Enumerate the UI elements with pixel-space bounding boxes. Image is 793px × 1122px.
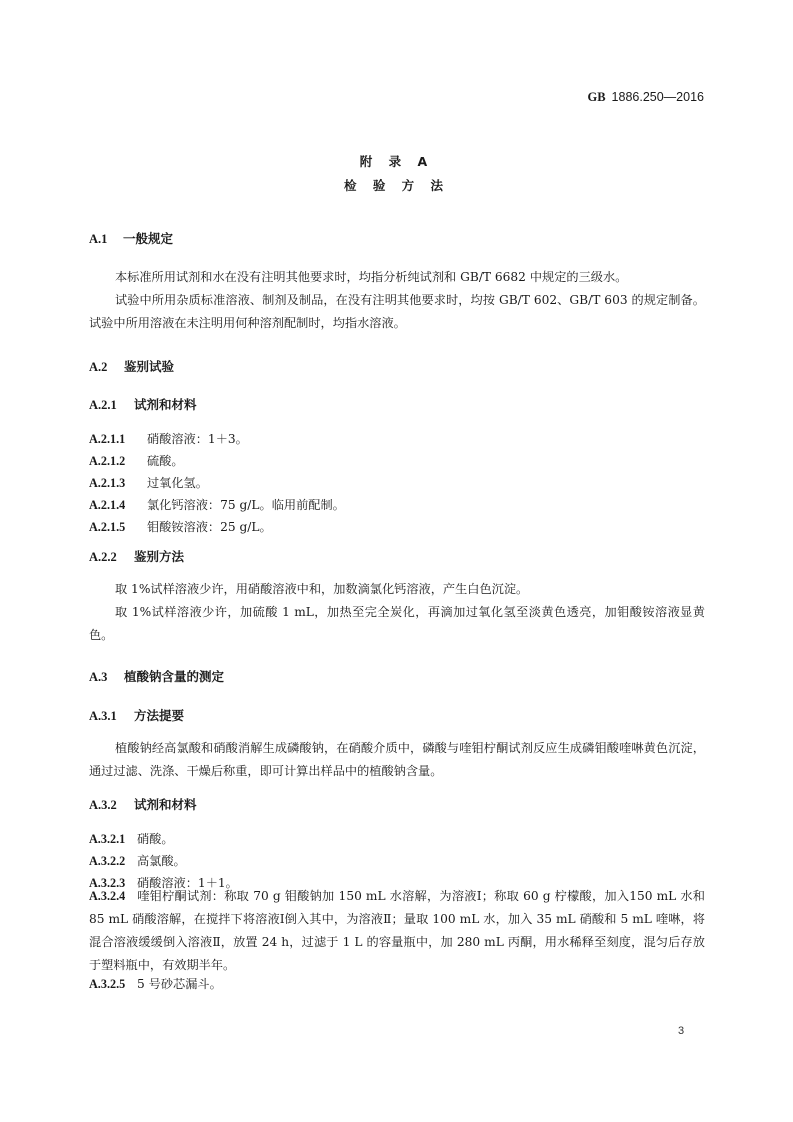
section-title: 鉴别方法 (134, 549, 184, 564)
section-number: A.2 (89, 360, 124, 375)
item-number: A.3.2.4 (89, 885, 137, 908)
list-item-long: A.3.2.4喹钼柠酮试剂：称取 70 g 钼酸钠加 150 mL 水溶解，为溶… (89, 885, 705, 977)
section-title: 试剂和材料 (134, 797, 197, 812)
section-title: 鉴别试验 (124, 359, 174, 374)
section-title: 方法提要 (134, 708, 184, 723)
item-number: A.2.1.1 (89, 432, 147, 447)
section-heading-a21: A.2.1试剂和材料 (89, 395, 197, 413)
item-number: A.2.1.3 (89, 476, 147, 491)
appendix-title: 检 验 方 法 (0, 176, 793, 194)
list-item: A.2.1.4氯化钙溶液：75 g/L。临用前配制。 (89, 496, 345, 513)
section-heading-a32: A.3.2试剂和材料 (89, 795, 197, 813)
standard-prefix: GB (587, 90, 605, 104)
section-number: A.2.1 (89, 398, 134, 413)
item-text: 5 号砂芯漏斗。 (137, 977, 222, 991)
appendix-label: 附 录 A (0, 152, 793, 170)
item-number: A.2.1.4 (89, 498, 147, 513)
item-text: 过氧化氢。 (147, 476, 208, 490)
section-number: A.3 (89, 670, 124, 685)
item-text: 高氯酸。 (137, 854, 186, 868)
section-number: A.3.2 (89, 798, 134, 813)
section-title: 一般规定 (123, 231, 173, 246)
item-text: 硫酸。 (147, 454, 184, 468)
section-number: A.3.1 (89, 709, 134, 724)
section-number: A.1 (89, 232, 123, 247)
item-number: A.3.2.1 (89, 832, 137, 847)
page-number: 3 (678, 1025, 684, 1037)
section-title: 试剂和材料 (134, 397, 197, 412)
paragraph: 试验中所用杂质标准溶液、制剂及制品，在没有注明其他要求时，均按 GB/T 602… (89, 289, 705, 335)
item-text: 钼酸铵溶液：25 g/L。 (147, 520, 272, 534)
paragraph: 取 1%试样溶液少许，加硫酸 1 mL，加热至完全炭化，再滴加过氧化氢至淡黄色透… (89, 601, 705, 647)
section-heading-a1: A.1一般规定 (89, 229, 173, 247)
section-heading-a2: A.2鉴别试验 (89, 357, 174, 375)
item-text: 硝酸溶液：1＋3。 (147, 432, 248, 446)
paragraph: 取 1%试样溶液少许，用硝酸溶液中和，加数滴氯化钙溶液，产生白色沉淀。 (89, 578, 705, 601)
item-text: 硝酸。 (137, 832, 174, 846)
section-title: 植酸钠含量的测定 (124, 669, 224, 684)
list-item: A.3.2.2高氯酸。 (89, 852, 186, 869)
section-heading-a3: A.3植酸钠含量的测定 (89, 667, 224, 685)
list-item: A.2.1.3过氧化氢。 (89, 474, 208, 491)
item-text: 喹钼柠酮试剂：称取 70 g 钼酸钠加 150 mL 水溶解，为溶液Ⅰ；称取 6… (89, 889, 705, 972)
list-item: A.2.1.2硫酸。 (89, 452, 184, 469)
standard-code: GB1886.250—2016 (587, 90, 704, 105)
paragraph: 植酸钠经高氯酸和硝酸消解生成磷酸钠，在硝酸介质中，磷酸与喹钼柠酮试剂反应生成磷钼… (89, 737, 705, 783)
standard-number: 1886.250—2016 (612, 90, 704, 104)
list-item: A.3.2.1硝酸。 (89, 830, 174, 847)
item-number: A.2.1.5 (89, 520, 147, 535)
list-item: A.3.2.55 号砂芯漏斗。 (89, 975, 222, 992)
paragraph: 本标准所用试剂和水在没有注明其他要求时，均指分析纯试剂和 GB/T 6682 中… (89, 266, 705, 289)
document-page: GB1886.250—2016 附 录 A 检 验 方 法 A.1一般规定 本标… (0, 0, 793, 1122)
section-number: A.2.2 (89, 550, 134, 565)
list-item: A.2.1.1硝酸溶液：1＋3。 (89, 430, 248, 447)
item-number: A.3.2.5 (89, 977, 137, 992)
item-text: 氯化钙溶液：75 g/L。临用前配制。 (147, 498, 345, 512)
item-number: A.2.1.2 (89, 454, 147, 469)
list-item: A.2.1.5钼酸铵溶液：25 g/L。 (89, 518, 272, 535)
item-number: A.3.2.2 (89, 854, 137, 869)
section-heading-a31: A.3.1方法提要 (89, 706, 184, 724)
section-heading-a22: A.2.2鉴别方法 (89, 547, 184, 565)
